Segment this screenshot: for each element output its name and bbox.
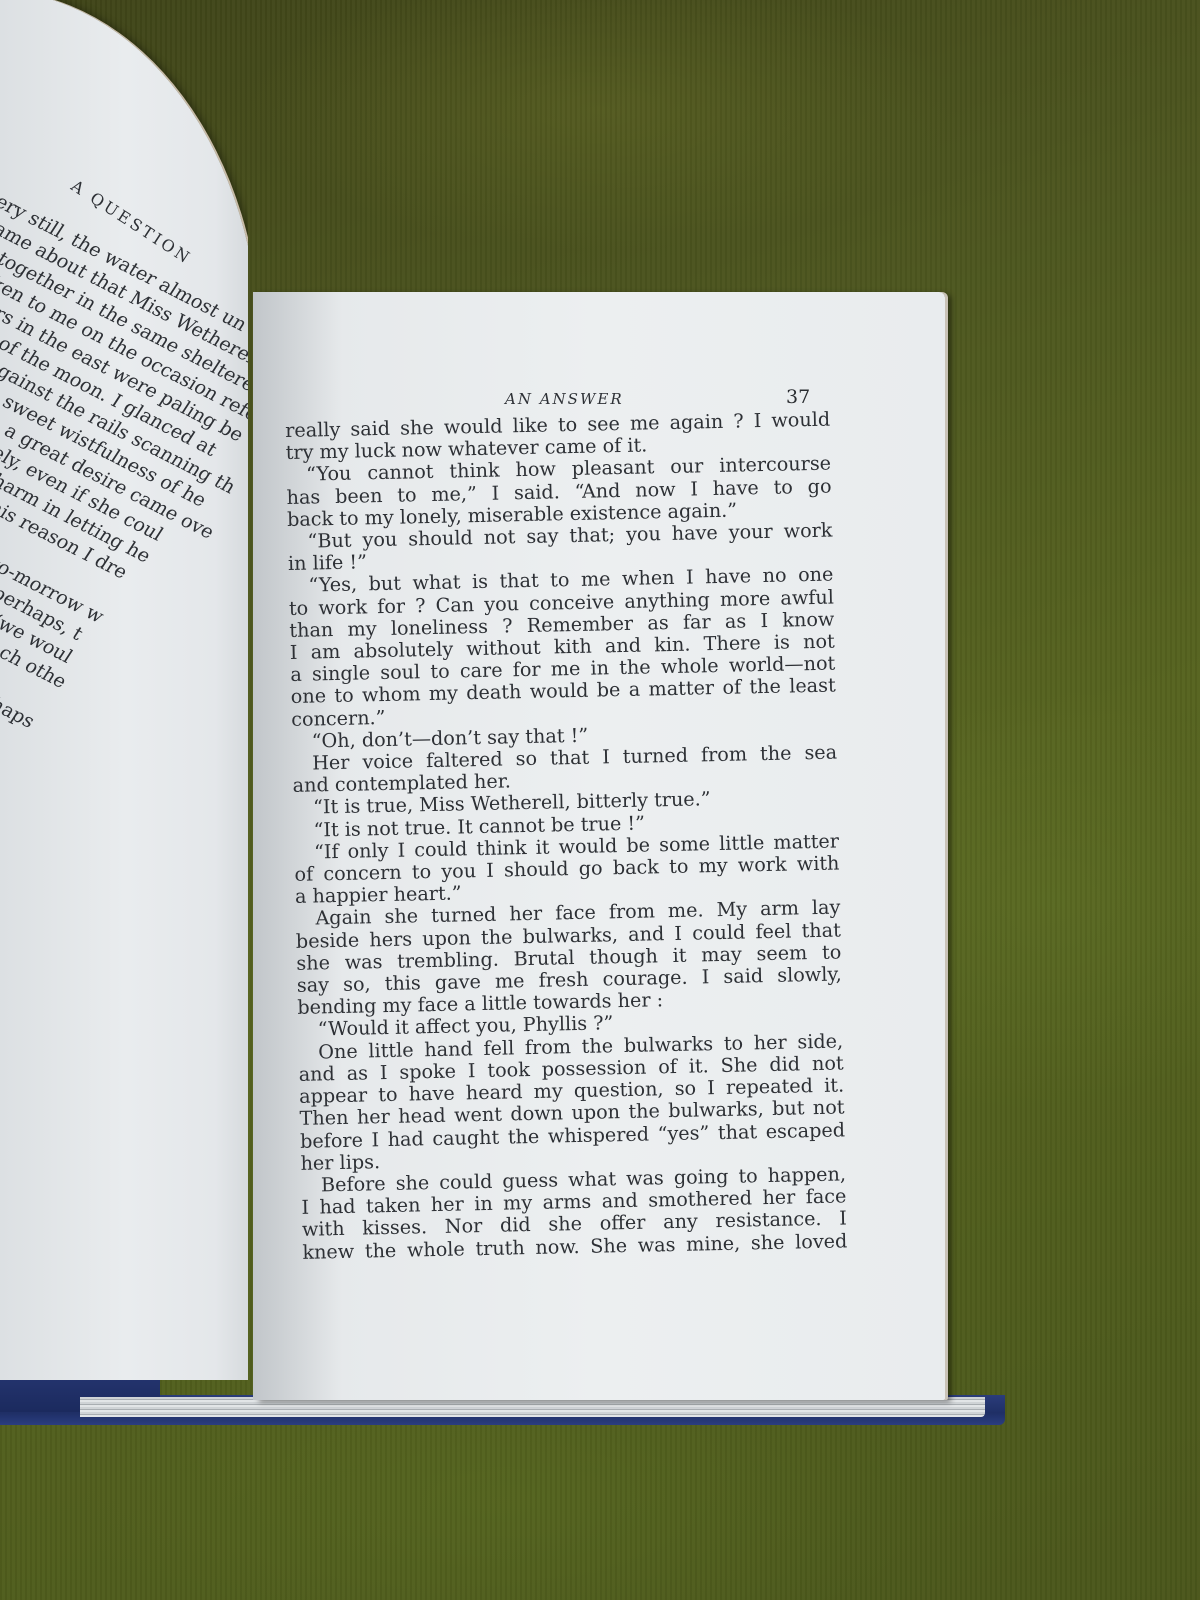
page-number: 37: [786, 386, 810, 408]
right-page-text: really said she would like to see me aga…: [285, 409, 848, 1264]
right-running-head: AN ANSWER: [505, 390, 624, 408]
left-page-container: A QUESTION very still, the water almost …: [0, 0, 248, 1380]
page-block-edge: [80, 1397, 985, 1417]
